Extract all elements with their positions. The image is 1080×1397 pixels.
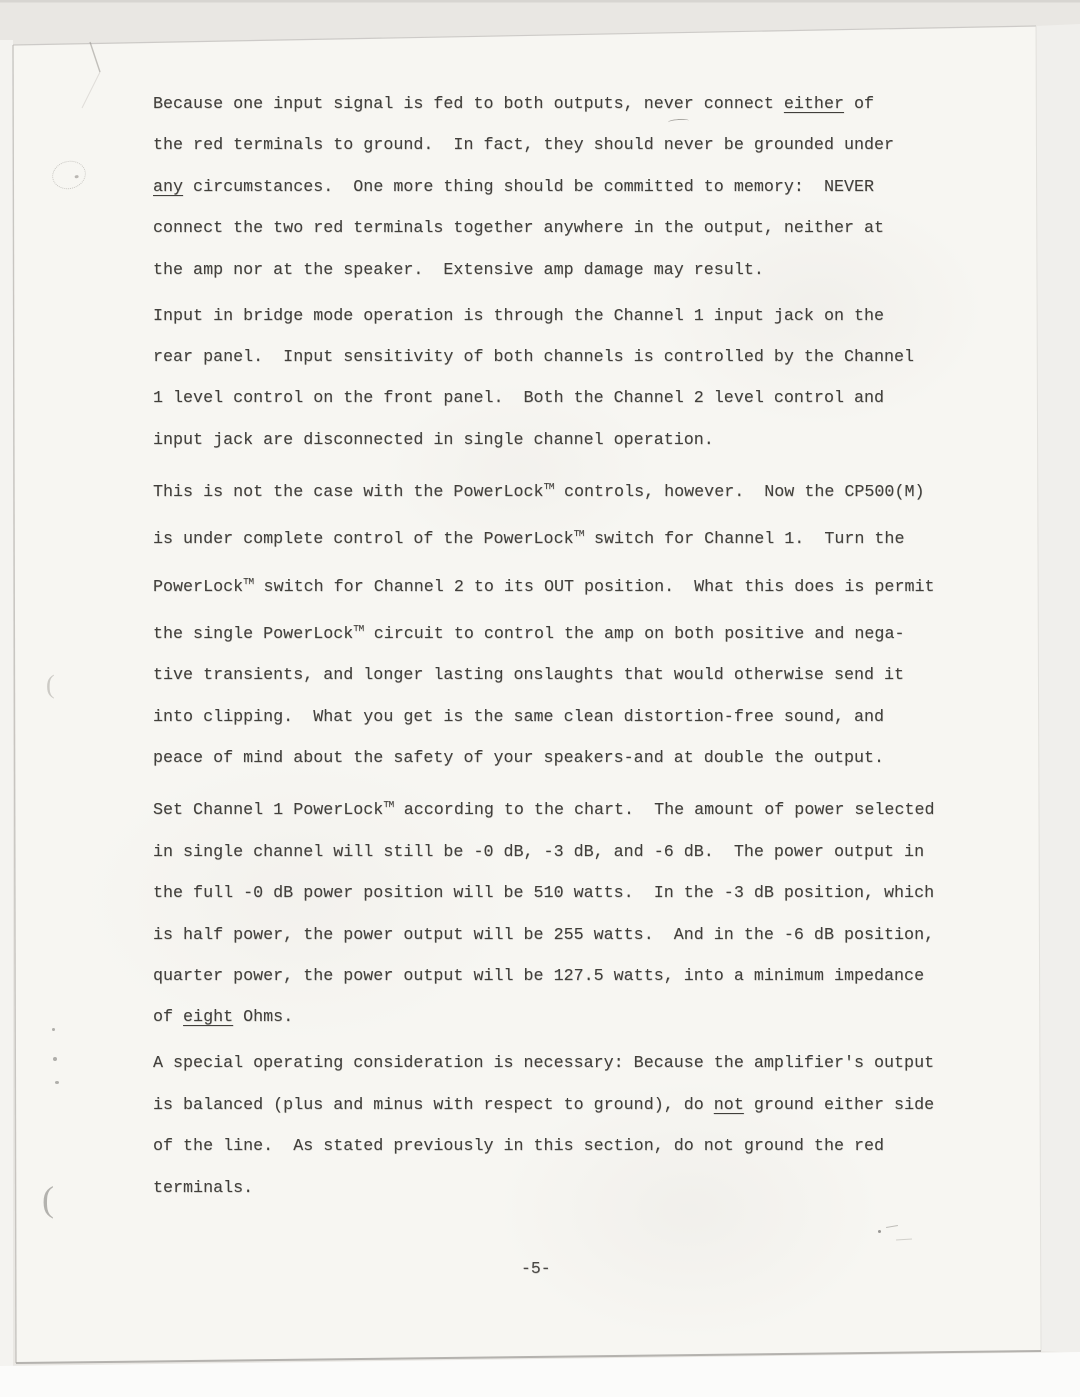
text-line: Because one input signal is fed to both …	[153, 84, 935, 125]
text-line: into clipping. What you get is the same …	[153, 697, 935, 738]
text-line: rear panel. Input sensitivity of both ch…	[153, 337, 935, 378]
text-line: This is not the case with the PowerLockT…	[153, 466, 935, 513]
paragraph: A special operating consideration is nec…	[153, 1043, 935, 1209]
text-line: the amp nor at the speaker. Extensive am…	[153, 250, 935, 291]
trademark-superscript: TM	[383, 799, 393, 810]
text-line: terminals.	[153, 1168, 935, 1209]
text-line: of eight Ohms.	[153, 997, 935, 1038]
text-line: quarter power, the power output will be …	[153, 956, 935, 997]
text-line: 1 level control on the front panel. Both…	[153, 378, 935, 419]
trademark-superscript: TM	[544, 481, 554, 492]
underlined-word: either	[784, 95, 844, 114]
paragraph: Set Channel 1 PowerLockTM according to t…	[153, 784, 935, 1038]
document-body: Because one input signal is fed to both …	[153, 84, 935, 1214]
paragraph: Because one input signal is fed to both …	[153, 84, 935, 291]
text-line: the single PowerLockTM circuit to contro…	[153, 608, 935, 655]
underlined-word: eight	[183, 1008, 233, 1027]
paragraph: This is not the case with the PowerLockT…	[153, 466, 935, 780]
trademark-superscript: TM	[574, 528, 584, 539]
text-line: connect the two red terminals together a…	[153, 208, 935, 249]
text-line: any circumstances. One more thing should…	[153, 167, 935, 208]
text-line: A special operating consideration is nec…	[153, 1043, 935, 1084]
text-line: is balanced (plus and minus with respect…	[153, 1085, 935, 1126]
trademark-superscript: TM	[243, 576, 253, 587]
trademark-superscript: TM	[353, 623, 363, 634]
text-line: tive transients, and longer lasting onsl…	[153, 655, 935, 696]
page-number: -5-	[521, 1261, 551, 1278]
text-line: is half power, the power output will be …	[153, 915, 935, 956]
right-margin-strip	[1036, 24, 1080, 1353]
text-line: in single channel will still be -0 dB, -…	[153, 832, 935, 873]
underlined-word: not	[714, 1096, 744, 1115]
text-line: peace of mind about the safety of your s…	[153, 738, 935, 779]
text-line: is under complete control of the PowerLo…	[153, 513, 935, 560]
text-line: of the line. As stated previously in thi…	[153, 1126, 935, 1167]
underlined-word: any	[153, 178, 183, 197]
text-line: the red terminals to ground. In fact, th…	[153, 125, 935, 166]
text-line: the full -0 dB power position will be 51…	[153, 873, 935, 914]
text-line: Set Channel 1 PowerLockTM according to t…	[153, 784, 935, 831]
left-margin-strip	[0, 40, 13, 1370]
paragraph: Input in bridge mode operation is throug…	[153, 296, 935, 462]
text-line: Input in bridge mode operation is throug…	[153, 296, 935, 337]
scan-top-line	[0, 0, 1080, 3]
text-line: input jack are disconnected in single ch…	[153, 420, 935, 461]
text-line: PowerLockTM switch for Channel 2 to its …	[153, 561, 935, 608]
